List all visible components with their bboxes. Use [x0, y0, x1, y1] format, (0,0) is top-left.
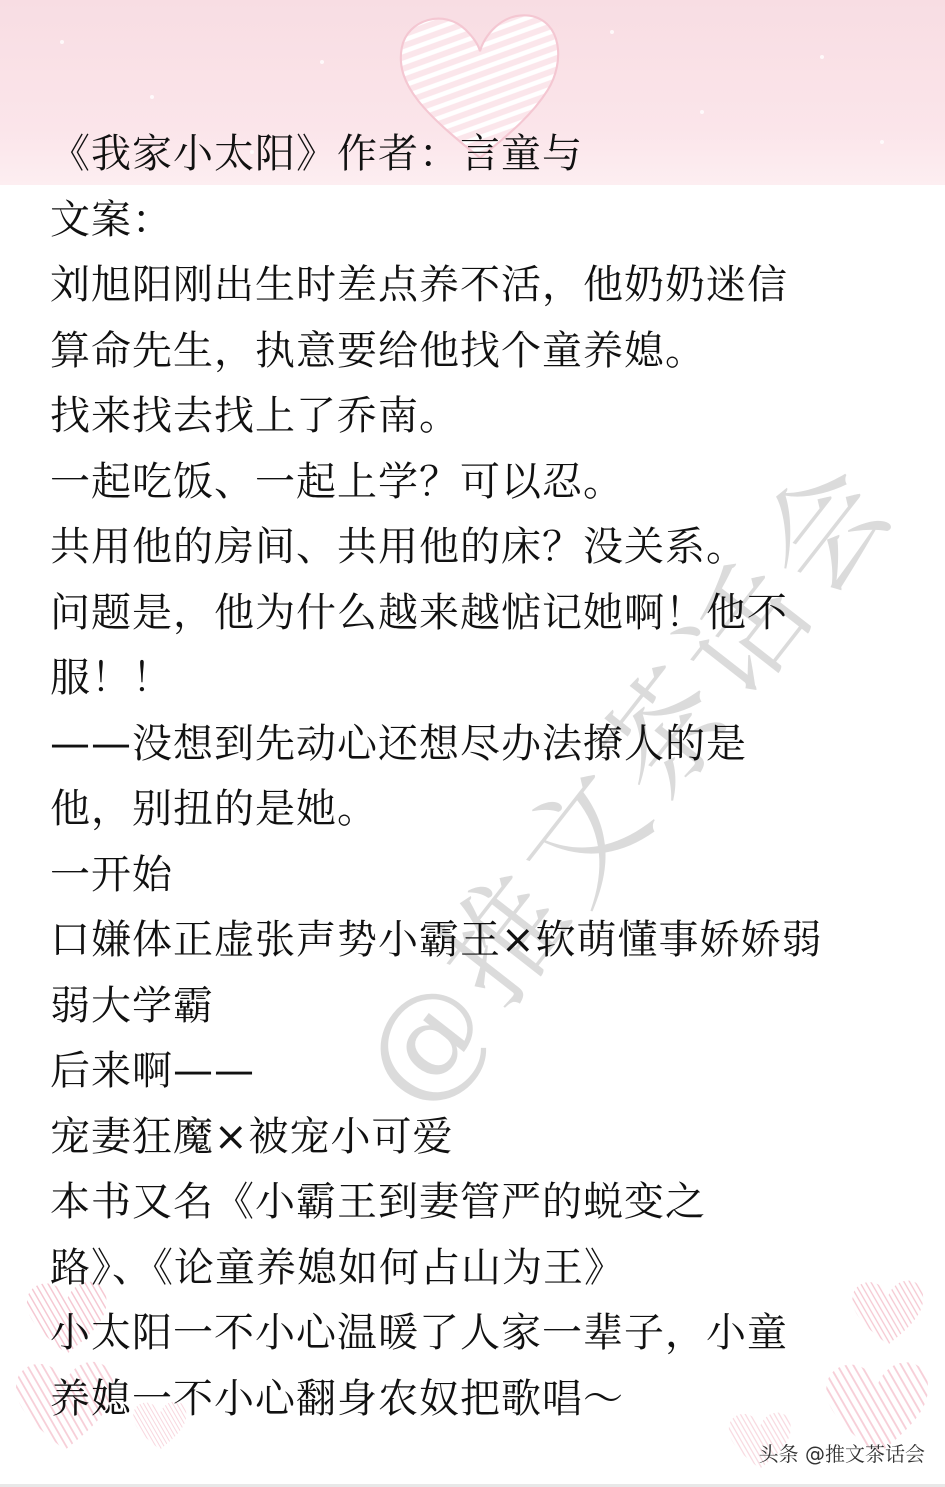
synopsis-heading: 文案：	[50, 188, 920, 254]
synopsis-line: 一起吃饭、一起上学？可以忍。	[50, 450, 920, 516]
synopsis-line: 算命先生，执意要给他找个童养媳。	[50, 319, 920, 385]
synopsis-line: 刘旭阳刚出生时差点养不活，他奶奶迷信	[50, 253, 920, 319]
sparkle-decoration	[700, 110, 704, 114]
source-credit: 头条 @推文茶话会	[759, 1438, 925, 1467]
synopsis-line: 本书又名《小霸王到妻管严的蜕变之	[50, 1170, 920, 1236]
synopsis-line: 一开始	[50, 843, 920, 909]
synopsis-line: 找来找去找上了乔南。	[50, 384, 920, 450]
sparkle-decoration	[150, 95, 154, 99]
synopsis-line: 服！！	[50, 646, 920, 712]
synopsis-line: 路》、《论童养媳如何占山为王》	[50, 1236, 920, 1302]
synopsis-line: 共用他的房间、共用他的床？没关系。	[50, 515, 920, 581]
synopsis-line: 问题是，他为什么越来越惦记她啊！他不	[50, 581, 920, 647]
synopsis-line: 弱大学霸	[50, 974, 920, 1040]
book-title-line: 《我家小太阳》作者：言童与	[50, 122, 920, 188]
synopsis-line: ——没想到先动心还想尽办法撩人的是	[50, 712, 920, 778]
synopsis-line: 小太阳一不小心温暖了人家一辈子，小童	[50, 1301, 920, 1367]
synopsis-line: 口嫌体正虚张声势小霸王×软萌懂事娇娇弱	[50, 908, 920, 974]
sparkle-decoration	[610, 30, 614, 34]
synopsis-line: 他，别扭的是她。	[50, 777, 920, 843]
synopsis-line: 养媳一不小心翻身农奴把歌唱～	[50, 1367, 920, 1433]
synopsis-line: 后来啊——	[50, 1039, 920, 1105]
sparkle-decoration	[820, 55, 824, 59]
synopsis-line: 宠妻狂魔×被宠小可爱	[50, 1105, 920, 1171]
sparkle-decoration	[60, 40, 64, 44]
sparkle-decoration	[320, 60, 324, 64]
synopsis-text-block: 《我家小太阳》作者：言童与 文案： 刘旭阳刚出生时差点养不活，他奶奶迷信 算命先…	[50, 122, 920, 1432]
